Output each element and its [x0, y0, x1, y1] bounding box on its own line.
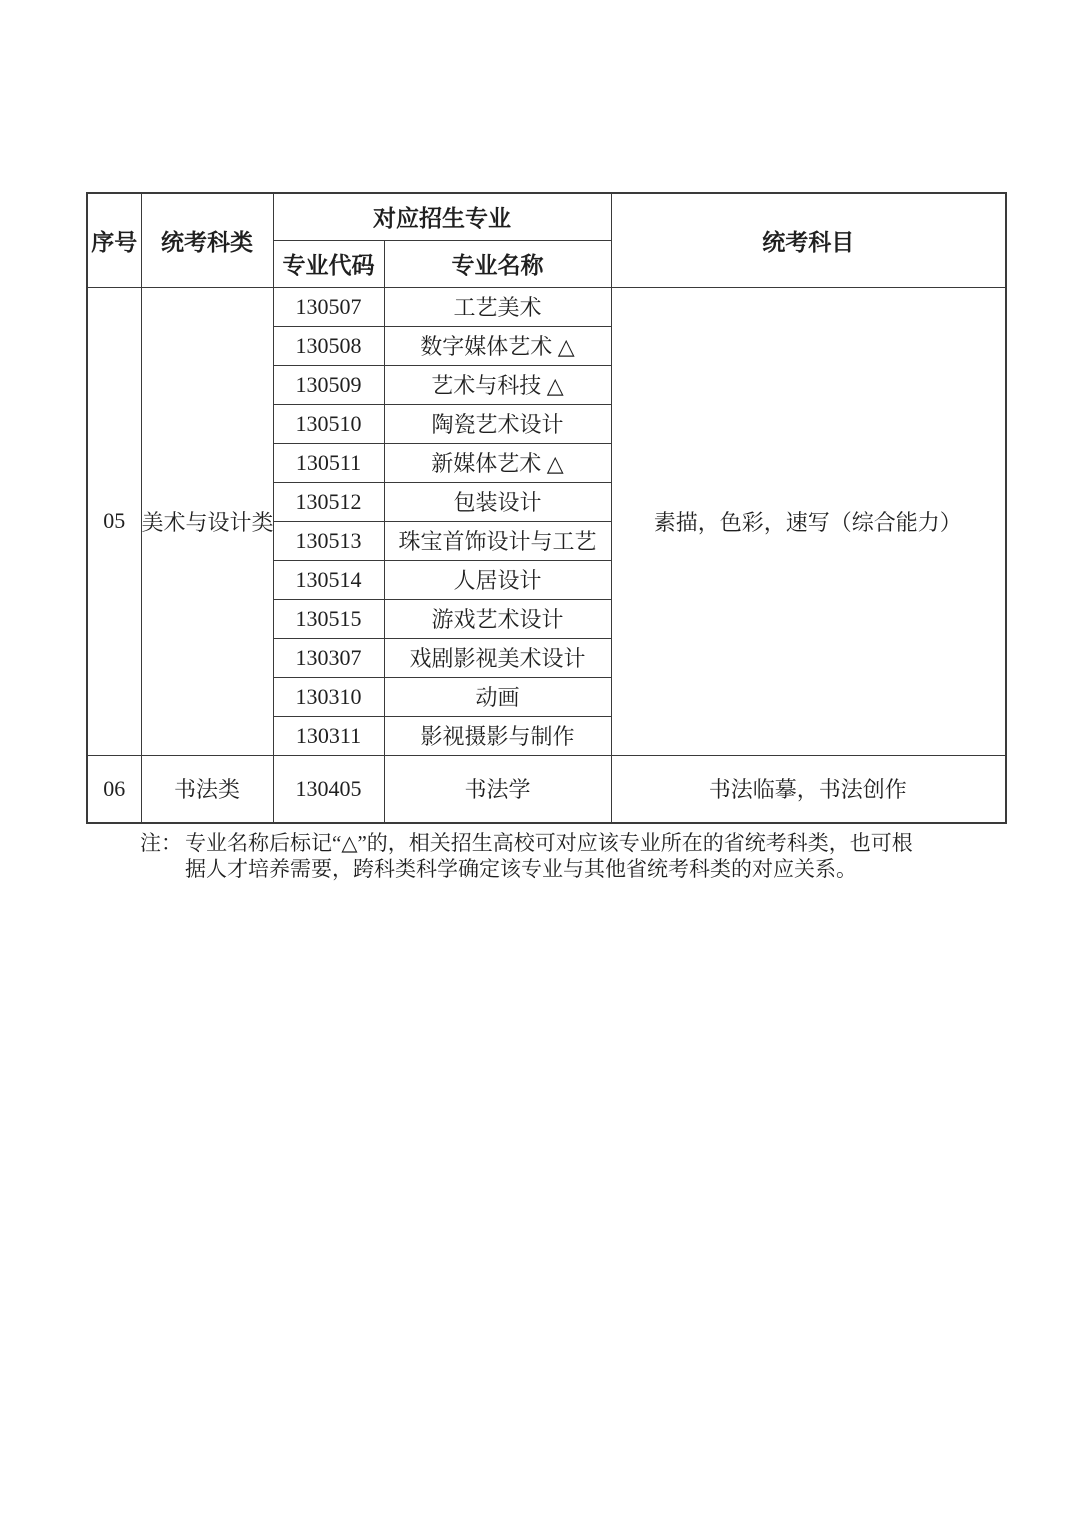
- footnote-text: 专业名称后标记“△”的，相关招生高校可对应该专业所在的省统考科类，也可根 据人才…: [185, 830, 985, 882]
- major-code: 130310: [273, 677, 384, 716]
- major-name: 陶瓷艺术设计: [384, 404, 611, 443]
- group-exam-subjects: 素描，色彩，速写（综合能力）: [611, 287, 1006, 755]
- major-code: 130514: [273, 560, 384, 599]
- major-code: 130513: [273, 521, 384, 560]
- major-name: 动画: [384, 677, 611, 716]
- major-name: 游戏艺术设计: [384, 599, 611, 638]
- table-header-row-1: 序号 统考科类 对应招生专业 统考科目: [87, 193, 1006, 240]
- major-name: 影视摄影与制作: [384, 716, 611, 755]
- major-code: 130508: [273, 326, 384, 365]
- major-code: 130405: [273, 755, 384, 823]
- major-name: 包装设计: [384, 482, 611, 521]
- column-header-exam-subjects: 统考科目: [611, 193, 1006, 287]
- group-exam-category: 书法类: [141, 755, 273, 823]
- major-code: 130311: [273, 716, 384, 755]
- document-page: 序号 统考科类 对应招生专业 统考科目 专业代码 专业名称 05 美术与设计类 …: [0, 0, 1080, 1529]
- major-code: 130510: [273, 404, 384, 443]
- column-header-major-code: 专业代码: [273, 240, 384, 287]
- major-name: 戏剧影视美术设计: [384, 638, 611, 677]
- footnote: 注： 专业名称后标记“△”的，相关招生高校可对应该专业所在的省统考科类，也可根 …: [140, 830, 985, 882]
- group-exam-category: 美术与设计类: [141, 287, 273, 755]
- footnote-label: 注：: [140, 830, 185, 882]
- column-header-enrollment-majors: 对应招生专业: [273, 193, 611, 240]
- table-row: 05 美术与设计类 130507 工艺美术 素描，色彩，速写（综合能力）: [87, 287, 1006, 326]
- exam-category-table: 序号 统考科类 对应招生专业 统考科目 专业代码 专业名称 05 美术与设计类 …: [86, 192, 1007, 824]
- footnote-line-2: 据人才培养需要，跨科类科学确定该专业与其他省统考科类的对应关系。: [185, 856, 985, 882]
- major-name: 工艺美术: [384, 287, 611, 326]
- column-header-major-name: 专业名称: [384, 240, 611, 287]
- major-name: 书法学: [384, 755, 611, 823]
- major-code: 130507: [273, 287, 384, 326]
- major-code: 130307: [273, 638, 384, 677]
- major-name: 人居设计: [384, 560, 611, 599]
- column-header-exam-category: 统考科类: [141, 193, 273, 287]
- group-serial-no: 05: [87, 287, 141, 755]
- group-serial-no: 06: [87, 755, 141, 823]
- major-code: 130512: [273, 482, 384, 521]
- major-name: 新媒体艺术 △: [384, 443, 611, 482]
- footnote-line-1: 专业名称后标记“△”的，相关招生高校可对应该专业所在的省统考科类，也可根: [185, 830, 985, 856]
- major-name: 数字媒体艺术 △: [384, 326, 611, 365]
- major-name: 珠宝首饰设计与工艺: [384, 521, 611, 560]
- table-row: 06 书法类 130405 书法学 书法临摹，书法创作: [87, 755, 1006, 823]
- major-name: 艺术与科技 △: [384, 365, 611, 404]
- major-code: 130511: [273, 443, 384, 482]
- column-header-serial-no: 序号: [87, 193, 141, 287]
- major-code: 130515: [273, 599, 384, 638]
- major-code: 130509: [273, 365, 384, 404]
- group-exam-subjects: 书法临摹，书法创作: [611, 755, 1006, 823]
